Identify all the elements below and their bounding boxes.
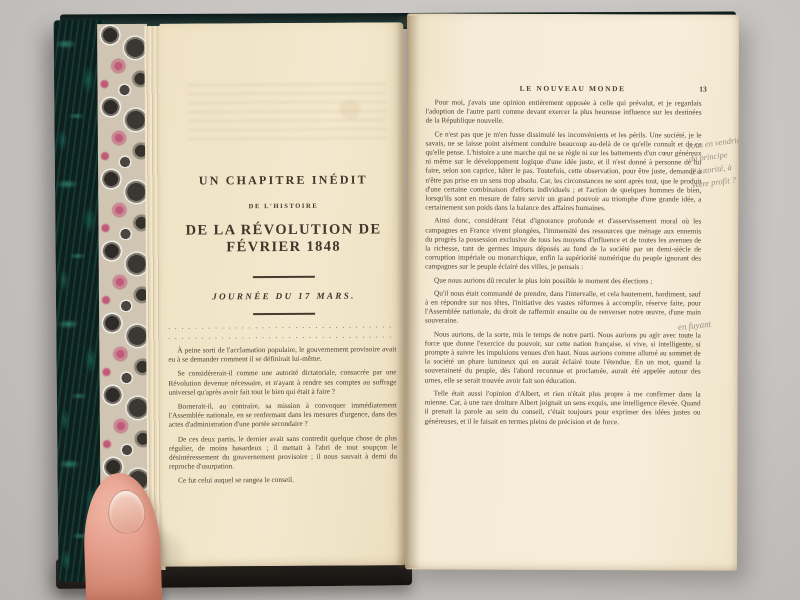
ornament-rule	[253, 313, 315, 315]
body-paragraph: Telle était aussi l'opinion d'Albert, et…	[425, 388, 701, 426]
body-paragraph: À peine sorti de l'acclamation populaire…	[168, 344, 396, 364]
body-paragraph: Ce fut celui auquel se rangea le conseil…	[169, 475, 397, 486]
left-page-text-block: . . . . . . . . . . . . . . . . . . . . …	[168, 321, 397, 490]
ornament-rule	[253, 276, 315, 278]
ellipsis-line: . . . . . . . . . . . . . . . . . . . . …	[168, 331, 396, 340]
pencil-marginalia-note: en fuyant	[677, 318, 711, 334]
page-number: 13	[699, 84, 707, 93]
pencil-marginalia-note: vous en vendriez du principe d'autorité,…	[687, 133, 739, 191]
body-paragraph: Nous aurions, de la sorte, mis le temps …	[425, 329, 701, 385]
body-paragraph: Bornerait-il, au contraire, sa mission à…	[169, 400, 397, 429]
photo-background: UN CHAPITRE INÉDIT DE L'HISTOIRE DE LA R…	[0, 0, 800, 600]
body-paragraph: Se considérerait-il comme une autorité d…	[168, 368, 396, 397]
show-through-text	[188, 82, 386, 141]
chapter-title-block: UN CHAPITRE INÉDIT DE L'HISTOIRE DE LA R…	[170, 172, 397, 315]
right-page-text-block: Pour moi, j'avais une opinion entièremen…	[424, 97, 701, 490]
chapter-title-line3: DE LA RÉVOLUTION DE FÉVRIER 1848	[171, 221, 397, 256]
section-title: JOURNÉE DU 17 MARS.	[171, 290, 397, 301]
open-book: UN CHAPITRE INÉDIT DE L'HISTOIRE DE LA R…	[0, 0, 800, 600]
left-page: UN CHAPITRE INÉDIT DE L'HISTOIRE DE LA R…	[159, 22, 406, 566]
running-header-title: LE NOUVEAU MONDE	[520, 84, 626, 93]
body-paragraph: Ainsi donc, considérant l'état d'ignoran…	[425, 216, 701, 272]
body-paragraph: Que nous aurions dû reculer le plus loin…	[425, 275, 701, 285]
body-paragraph: Ce n'est pas que je m'en fusse dissimulé…	[425, 129, 701, 213]
body-paragraph: De ces deux partis, le dernier avait san…	[169, 433, 397, 471]
thumb-nail	[106, 488, 147, 535]
body-paragraph: Pour moi, j'avais une opinion entièremen…	[426, 97, 702, 126]
chapter-title-line2: DE L'HISTOIRE	[170, 202, 396, 210]
right-page: LE NOUVEAU MONDE 13 Pour moi, j'avais un…	[405, 13, 739, 570]
ellipsis-line: . . . . . . . . . . . . . . . . . . . . …	[168, 321, 396, 330]
chapter-title-line1: UN CHAPITRE INÉDIT	[170, 172, 396, 188]
running-header: LE NOUVEAU MONDE 13	[427, 83, 719, 93]
body-paragraph: Qu'il nous était commandé de prendre, da…	[425, 288, 701, 326]
